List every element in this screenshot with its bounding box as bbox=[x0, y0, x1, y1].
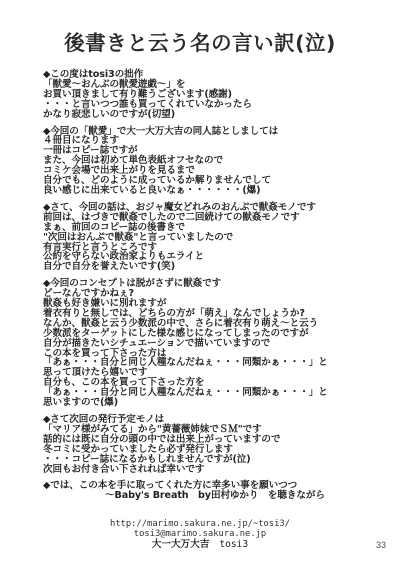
signature: 大一大万大吉tosi3 bbox=[80, 539, 320, 550]
email-link[interactable]: tosi3@marimo.sakura.ne.jp bbox=[80, 530, 320, 540]
text-line: 次回もお付き合い下されれば幸いです bbox=[43, 465, 393, 475]
circle-name: 大一大万大吉 bbox=[152, 539, 210, 550]
text-line-song-credit: ～Baby's Breath by田村ゆかり を聴きながら bbox=[43, 491, 393, 501]
paragraph-concept: ◆今回のコンセプトは脱がさずに獣姦です どーなんですかねぇ? 獣姦も好き嫌いに別… bbox=[43, 279, 393, 408]
text-line: かなり寂悲しいのですが(切望) bbox=[43, 110, 393, 120]
afterword-body: ◆この度はtosi3の拙作 「獣愛～おんぶの獣愛遊戯～」を お買い頂きまして有り… bbox=[43, 70, 393, 508]
author-name: tosi3 bbox=[219, 539, 248, 550]
contact-footer: http://marimo.sakura.ne.jp/~tosi3/ tosi3… bbox=[80, 520, 320, 550]
text-line: 自分で自分を誉えたいです(笑) bbox=[43, 262, 393, 272]
paragraph-next-release: ◆さて次回の発行予定モノは 「マリア様がみてる」から"黄薔薇姉妹でＳＭ"です 話… bbox=[43, 415, 393, 474]
page-number: 33 bbox=[376, 540, 386, 550]
text-line: 良い感じに出来ていると良いなぁ・・・・・・(爆) bbox=[43, 186, 393, 196]
text-line: "次回はおんぷで獣姦"と言っていましたので bbox=[43, 233, 393, 243]
text-line: 思いますので(爆) bbox=[43, 398, 393, 408]
paragraph-closing: ◆では、この本を手に取ってくれた方に幸多い事を願いつつ ～Baby's Brea… bbox=[43, 481, 393, 501]
paragraph-fourth-book: ◆今回の「獣愛」で大一大万大吉の同人誌としましては ４冊目になります 一冊はコピ… bbox=[43, 127, 393, 196]
page-title: 後書きと云う名の言い訳(泣) bbox=[0, 26, 400, 56]
paragraph-thanks: ◆この度はtosi3の拙作 「獣愛～おんぶの獣愛遊戯～」を お買い頂きまして有り… bbox=[43, 70, 393, 120]
paragraph-story: ◆さて、今回の話は、おジャ魔女どれみのおんぷで獣姦モノです 前回は、はづきで獣姦… bbox=[43, 203, 393, 272]
